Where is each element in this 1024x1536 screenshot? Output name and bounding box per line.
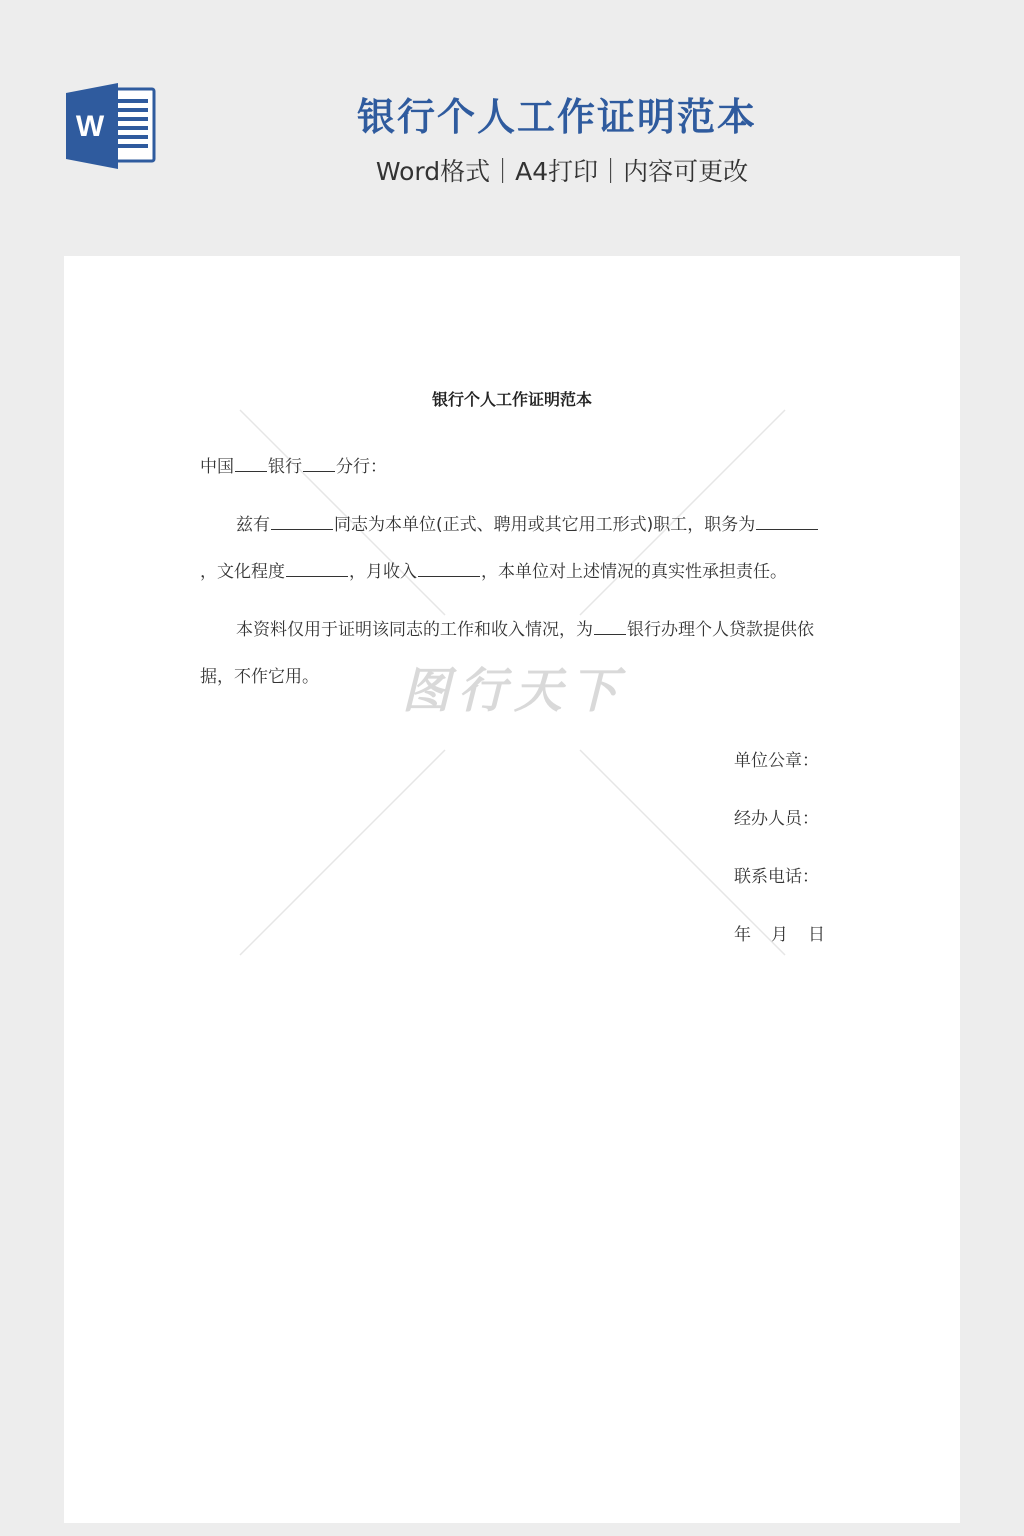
blank-branch-name (303, 453, 335, 472)
blank-bank-name (235, 453, 267, 472)
p1-text-4: ，月收入 (349, 562, 417, 582)
signature-date: 年 月 日 (734, 923, 854, 981)
p1-text-5: ，本单位对上述情况的真实性承担责任。 (481, 562, 787, 582)
salutation-part1: 中国 (200, 457, 234, 477)
date-year: 年 (734, 923, 751, 981)
word-icon: W (64, 81, 156, 171)
date-month: 月 (771, 923, 788, 981)
date-day: 日 (808, 923, 825, 981)
header-subtitle: Word格式｜A4打印｜内容可更改 (300, 152, 824, 192)
signature-block: 单位公章： 经办人员： 联系电话： 年 月 日 (734, 749, 854, 981)
signature-handler: 经办人员： (734, 807, 854, 865)
p1-text-1: 兹有 (236, 515, 270, 535)
paragraph-employment: 兹有同志为本单位(正式、聘用或其它用工形式)职工，职务为，文化程度，月收入，本单… (200, 502, 826, 596)
header: W 银行个人工作证明范本 Word格式｜A4打印｜内容可更改 (0, 0, 1024, 256)
blank-position (756, 511, 818, 530)
p2-text-1: 本资料仅用于证明该同志的工作和收入情况，为 (236, 620, 593, 640)
signature-phone: 联系电话： (734, 865, 854, 923)
salutation: 中国银行分行： (200, 444, 826, 491)
p1-text-3: ，文化程度 (200, 562, 285, 582)
header-title: 银行个人工作证明范本 (300, 92, 814, 142)
document-title: 银行个人工作证明范本 (64, 388, 960, 412)
svg-text:W: W (76, 110, 105, 143)
salutation-part3: 分行： (336, 457, 387, 477)
document-page: 图行天下 银行个人工作证明范本 中国银行分行： 兹有同志为本单位(正式、聘用或其… (64, 256, 960, 1523)
paragraph-purpose: 本资料仅用于证明该同志的工作和收入情况，为银行办理个人贷款提供依据，不作它用。 (200, 607, 826, 701)
document-body: 中国银行分行： 兹有同志为本单位(正式、聘用或其它用工形式)职工，职务为，文化程… (200, 444, 826, 712)
blank-education (286, 558, 348, 577)
signature-seal: 单位公章： (734, 749, 854, 807)
p1-text-2: 同志为本单位(正式、聘用或其它用工形式)职工，职务为 (334, 515, 755, 535)
salutation-part2: 银行 (268, 457, 302, 477)
blank-employee-name (271, 511, 333, 530)
blank-monthly-income (418, 558, 480, 577)
blank-loan-bank (594, 616, 626, 635)
